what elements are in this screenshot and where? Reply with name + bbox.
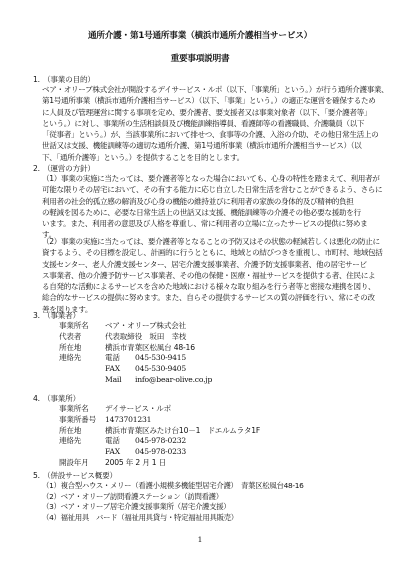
email-address[interactable]: info@bear-olive.co.jp	[135, 375, 212, 386]
section-number: 4.	[33, 394, 43, 403]
field-label: 開設年月	[59, 458, 105, 469]
text-line: ス事業者、他の介護予防サービス事業者、その他の保健・医療・福祉サービスを提供する…	[42, 270, 378, 281]
text-line: 支援センター、老人介護支援センター、居宅介護支援事業者、介護予防支援事業者、他の…	[42, 259, 378, 270]
opened-row: 開設年月 2005 年 2 月 1 日	[59, 458, 260, 469]
section-number: 2.	[33, 164, 43, 173]
section-2-paragraph-2: （2）事業の実施に当たっては、要介護者等となることの予防又はその状態の軽減若しく…	[42, 236, 378, 315]
text-line: 可能な限りその居宅において、その有する能力に応じ自立した日常生活を営むことができ…	[42, 184, 378, 195]
list-item: （3）ベア・オリーブ居宅介護支援事業所（居宅介護支援）	[42, 502, 304, 513]
facility-tel-row: 連絡先 電話 045-978-0232	[59, 436, 260, 447]
section-title: （事業者）	[43, 311, 80, 320]
text-line: 「従事者」という。）が、当該事業所において排せつ、食事等の介護、入浴の介助、その…	[42, 129, 378, 140]
fax-number: 045-978-0233	[135, 447, 186, 458]
representative-row: 代表者 代表取締役 坂田 幸枝	[59, 332, 212, 343]
section-number: 5.	[33, 471, 43, 480]
document-title: 通所介護・第1号通所事業（横浜市通所介護相当サービス）	[0, 29, 400, 41]
list-item: （4）福祉用具 バード（福祉用具貸与・特定福祉用具販売）	[42, 513, 304, 524]
text-line: 総合的なサービスの提供に努めます。また、自らその提供するサービスの質の評価を行い…	[42, 292, 378, 303]
address-row: 所在地 横浜市青葉区松風台 48-16	[59, 343, 212, 354]
field-label: 連絡先	[59, 353, 105, 364]
field-label: 事業所名	[59, 321, 105, 332]
field-label: 事業所名	[59, 404, 105, 415]
text-line: 利用者の社会的孤立感の解消及び心身の機能の維持並びに利用者の家族の身体的及び精神…	[42, 196, 378, 207]
section-4-heading: 4.（事業所）	[33, 393, 80, 404]
address: 横浜市青葉区松風台 48-16	[105, 343, 195, 354]
company-name: ベア・オリーブ株式会社	[105, 321, 186, 332]
facility-name: デイサービス・ルポ	[105, 404, 171, 415]
mail-label: Mail	[105, 375, 135, 386]
facility-name-row: 事業所名 デイサービス・ルポ	[59, 404, 260, 415]
section-title: （運営の方針）	[43, 164, 95, 173]
text-line: （2）事業の実施に当たっては、要介護者等となることの予防又はその状態の軽減若しく…	[42, 236, 378, 247]
text-line: います。また、利用者の意思及び人格を尊重し、常に利用者の立場に立ったサービスの提…	[42, 218, 378, 229]
text-line: 善を図ります。	[42, 304, 378, 315]
section-number: 3.	[33, 311, 43, 320]
fax-label: FAX	[105, 364, 135, 375]
list-item: （2）ベア・オリーブ訪問看護ステーション（訪問看護）	[42, 492, 304, 503]
text-line: ベア・オリーブ株式会社が開設するデイサービス・ルポ（以下、「事業所」という。）が…	[42, 84, 378, 95]
document-subtitle: 重要事項説明書	[0, 52, 400, 64]
section-1-body: ベア・オリーブ株式会社が開設するデイサービス・ルポ（以下、「事業所」という。）が…	[42, 84, 378, 163]
company-row: 事業所名 ベア・オリーブ株式会社	[59, 321, 212, 332]
fax-row: FAX 045-530-9405	[59, 364, 212, 375]
representative: 代表取締役 坂田 幸枝	[105, 332, 186, 343]
section-5-heading: 5.（併設サービス概要）	[33, 470, 117, 481]
tel-number: 045-978-0232	[135, 436, 186, 447]
operator-info: 事業所名 ベア・オリーブ株式会社 代表者 代表取締役 坂田 幸枝 所在地 横浜市…	[59, 321, 212, 386]
list-item: （1）複合型ハウス・メリー（看護小規模多機能型居宅介護） 青葉区松風台48-16	[42, 481, 304, 492]
field-label: 所在地	[59, 426, 105, 437]
page-number: 1	[0, 535, 400, 544]
field-label: 連絡先	[59, 436, 105, 447]
facility-id-row: 事業所番号 1473701231	[59, 415, 260, 426]
section-2-paragraph-1: （1）事業の実施に当たっては、要介護者等となった場合においても、心身の特性を踏ま…	[42, 173, 378, 241]
affiliated-services-list: （1）複合型ハウス・メリー（看護小規模多機能型居宅介護） 青葉区松風台48-16…	[42, 481, 304, 524]
field-label: 所在地	[59, 343, 105, 354]
facility-address: 横浜市青葉区みたけ台10－1 ドエルムラタ1F	[105, 426, 260, 437]
text-line: 世話又は支援、機能訓練等の適切な通所介護、第1号通所事業（横浜市通所介護相当サー…	[42, 140, 378, 151]
text-line: の軽減を図るために、必要な日常生活上の世話又は支援、機能訓練等の介護その他必要な…	[42, 207, 378, 218]
text-line: 第1号通所事業（横浜市通所介護相当サービス）（以下、「事業」という。）の適正な運…	[42, 95, 378, 106]
opened-date: 2005 年 2 月 1 日	[105, 458, 166, 469]
text-line: 下、「通所介護等」という。）を提供することを目的とします。	[42, 152, 378, 163]
mail-row: Mail info@bear-olive.co.jp	[59, 375, 212, 386]
section-3-heading: 3.（事業者）	[33, 310, 80, 321]
text-line: る自発的な活動によるサービスを含めた地域における様々な取り組みを行う者等と密接な…	[42, 281, 378, 292]
facility-address-row: 所在地 横浜市青葉区みたけ台10－1 ドエルムラタ1F	[59, 426, 260, 437]
fax-number: 045-530-9405	[135, 364, 186, 375]
field-label: 事業所番号	[59, 415, 105, 426]
section-title: （事業所）	[43, 394, 80, 403]
tel-label: 電話	[105, 436, 135, 447]
section-title: （事業の目的）	[43, 75, 95, 84]
facility-fax-row: FAX 045-978-0233	[59, 447, 260, 458]
tel-row: 連絡先 電話 045-530-9415	[59, 353, 212, 364]
tel-number: 045-530-9415	[135, 353, 186, 364]
section-number: 1.	[33, 75, 43, 84]
facility-info: 事業所名 デイサービス・ルポ 事業所番号 1473701231 所在地 横浜市青…	[59, 404, 260, 469]
document-page: 通所介護・第1号通所事業（横浜市通所介護相当サービス） 重要事項説明書 1.（事…	[0, 0, 400, 566]
text-line: 資するよう、その目標を設定し、計画的に行うとともに、地域との結びつきを重視し、市…	[42, 247, 378, 258]
section-title: （併設サービス概要）	[43, 471, 117, 480]
text-line: に人員及び管理運営に関する事項を定め、要介護者、要支援者又は事業対象者（以下、「…	[42, 107, 378, 118]
text-line: （1）事業の実施に当たっては、要介護者等となった場合においても、心身の特性を踏ま…	[42, 173, 378, 184]
facility-id: 1473701231	[105, 415, 151, 426]
fax-label: FAX	[105, 447, 135, 458]
text-line: という。）に対し、事業所の生活相談員及び機能訓練指導員、看護師等の看護職員、介護…	[42, 118, 378, 129]
tel-label: 電話	[105, 353, 135, 364]
field-label: 代表者	[59, 332, 105, 343]
